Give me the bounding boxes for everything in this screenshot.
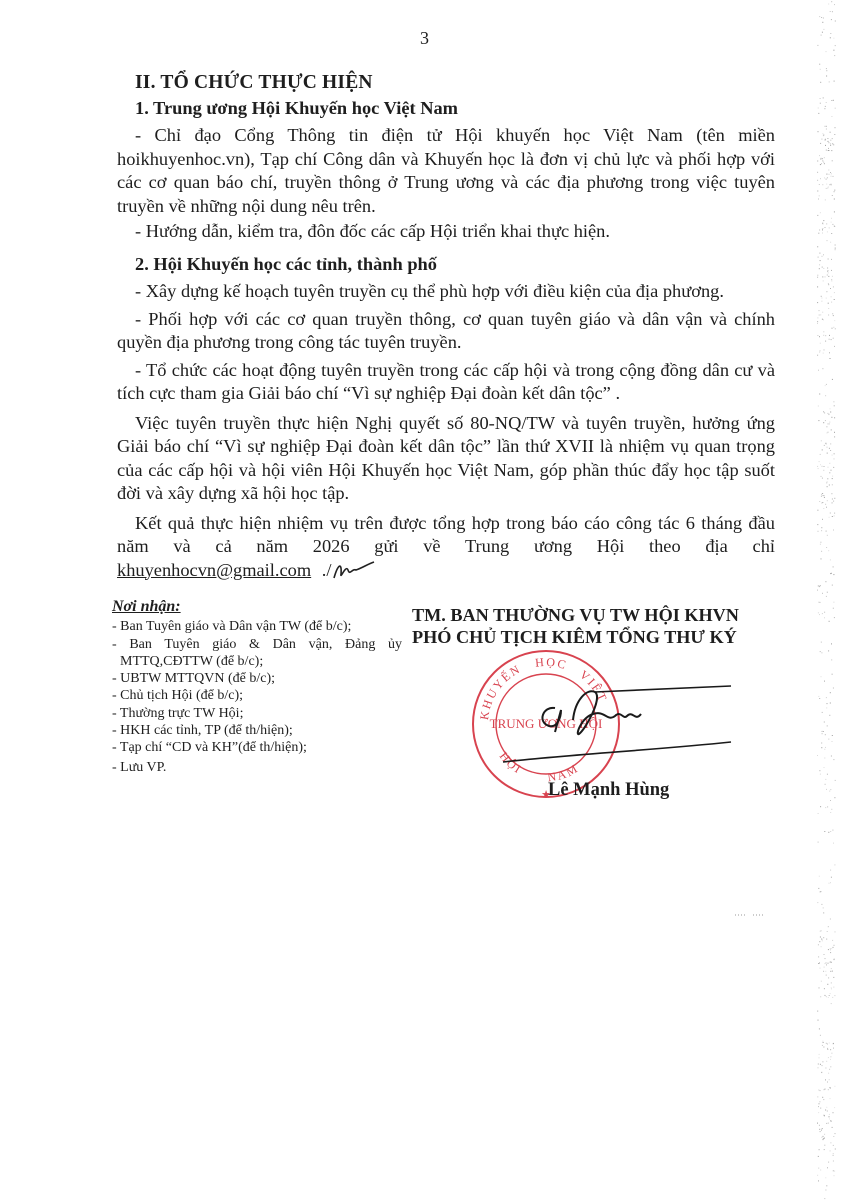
signer-title-line-1: TM. BAN THƯỜNG VỤ TW HỘI KHVN — [412, 604, 782, 626]
signer-title: TM. BAN THƯỜNG VỤ TW HỘI KHVN PHÓ CHỦ TỊ… — [412, 604, 782, 648]
paragraph: - Xây dựng kế hoạch tuyên truyền cụ thể … — [117, 280, 775, 304]
recipient-item: - Tạp chí “CD và KH”(để th/hiện); — [112, 739, 402, 756]
recipients-list: - Ban Tuyên giáo và Dân vận TW (để b/c);… — [112, 618, 402, 776]
signer-title-line-2: PHÓ CHỦ TỊCH KIÊM TỔNG THƯ KÝ — [412, 626, 782, 648]
subsection-1-body: - Chỉ đạo Cổng Thông tin điện tử Hội khu… — [117, 124, 775, 244]
paragraph: - Chỉ đạo Cổng Thông tin điện tử Hội khu… — [117, 124, 775, 218]
paragraph: - Hướng dẫn, kiểm tra, đôn đốc các cấp H… — [117, 220, 775, 244]
paragraph: - Tổ chức các hoạt động tuyên truyền tro… — [117, 359, 775, 406]
page-number: 3 — [0, 28, 849, 49]
subsection-2-heading: 2. Hội Khuyến học các tỉnh, thành phố — [135, 254, 437, 275]
paragraph: Kết quả thực hiện nhiệm vụ trên được tổn… — [117, 512, 775, 559]
signer-name: Lê Mạnh Hùng — [548, 780, 669, 801]
recipients-block: Nơi nhận: - Ban Tuyên giáo và Dân vận TW… — [112, 598, 402, 776]
recipients-title: Nơi nhận: — [112, 598, 402, 615]
subsection-1-heading: 1. Trung ương Hội Khuyến học Việt Nam — [135, 98, 458, 119]
email-link[interactable]: khuyenhocvn@gmail.com — [117, 560, 311, 580]
subsection-2-body: - Xây dựng kế hoạch tuyên truyền cụ thể … — [117, 280, 775, 582]
recipient-item: - Ban Tuyên giáo và Dân vận TW (để b/c); — [112, 618, 402, 635]
initials-scribble-icon — [332, 560, 376, 582]
end-mark: ./ — [322, 560, 332, 580]
paragraph-email-line: khuyenhocvn@gmail.com ./ — [117, 559, 775, 583]
recipient-item: - HKH các tỉnh, TP (để th/hiện); — [112, 722, 402, 739]
handwritten-signature-icon — [495, 670, 735, 770]
paragraph: - Phối hợp với các cơ quan truyền thông,… — [117, 308, 775, 355]
scan-mark — [735, 913, 775, 917]
recipient-item: - Thường trực TW Hội; — [112, 705, 402, 722]
recipient-item: MTTQ,CĐTTW (để b/c); — [112, 653, 402, 670]
recipient-item: - UBTW MTTQVN (để b/c); — [112, 670, 402, 687]
recipient-item: - Ban Tuyên giáo & Dân vận, Đảng ủy — [112, 636, 402, 653]
recipient-item: - Lưu VP. — [112, 759, 402, 776]
paragraph: Việc tuyên truyền thực hiện Nghị quyết s… — [117, 412, 775, 506]
scan-edge-noise — [809, 0, 849, 1200]
section-heading: II. TỔ CHỨC THỰC HIỆN — [135, 72, 373, 94]
recipient-item: - Chủ tịch Hội (để b/c); — [112, 687, 402, 704]
